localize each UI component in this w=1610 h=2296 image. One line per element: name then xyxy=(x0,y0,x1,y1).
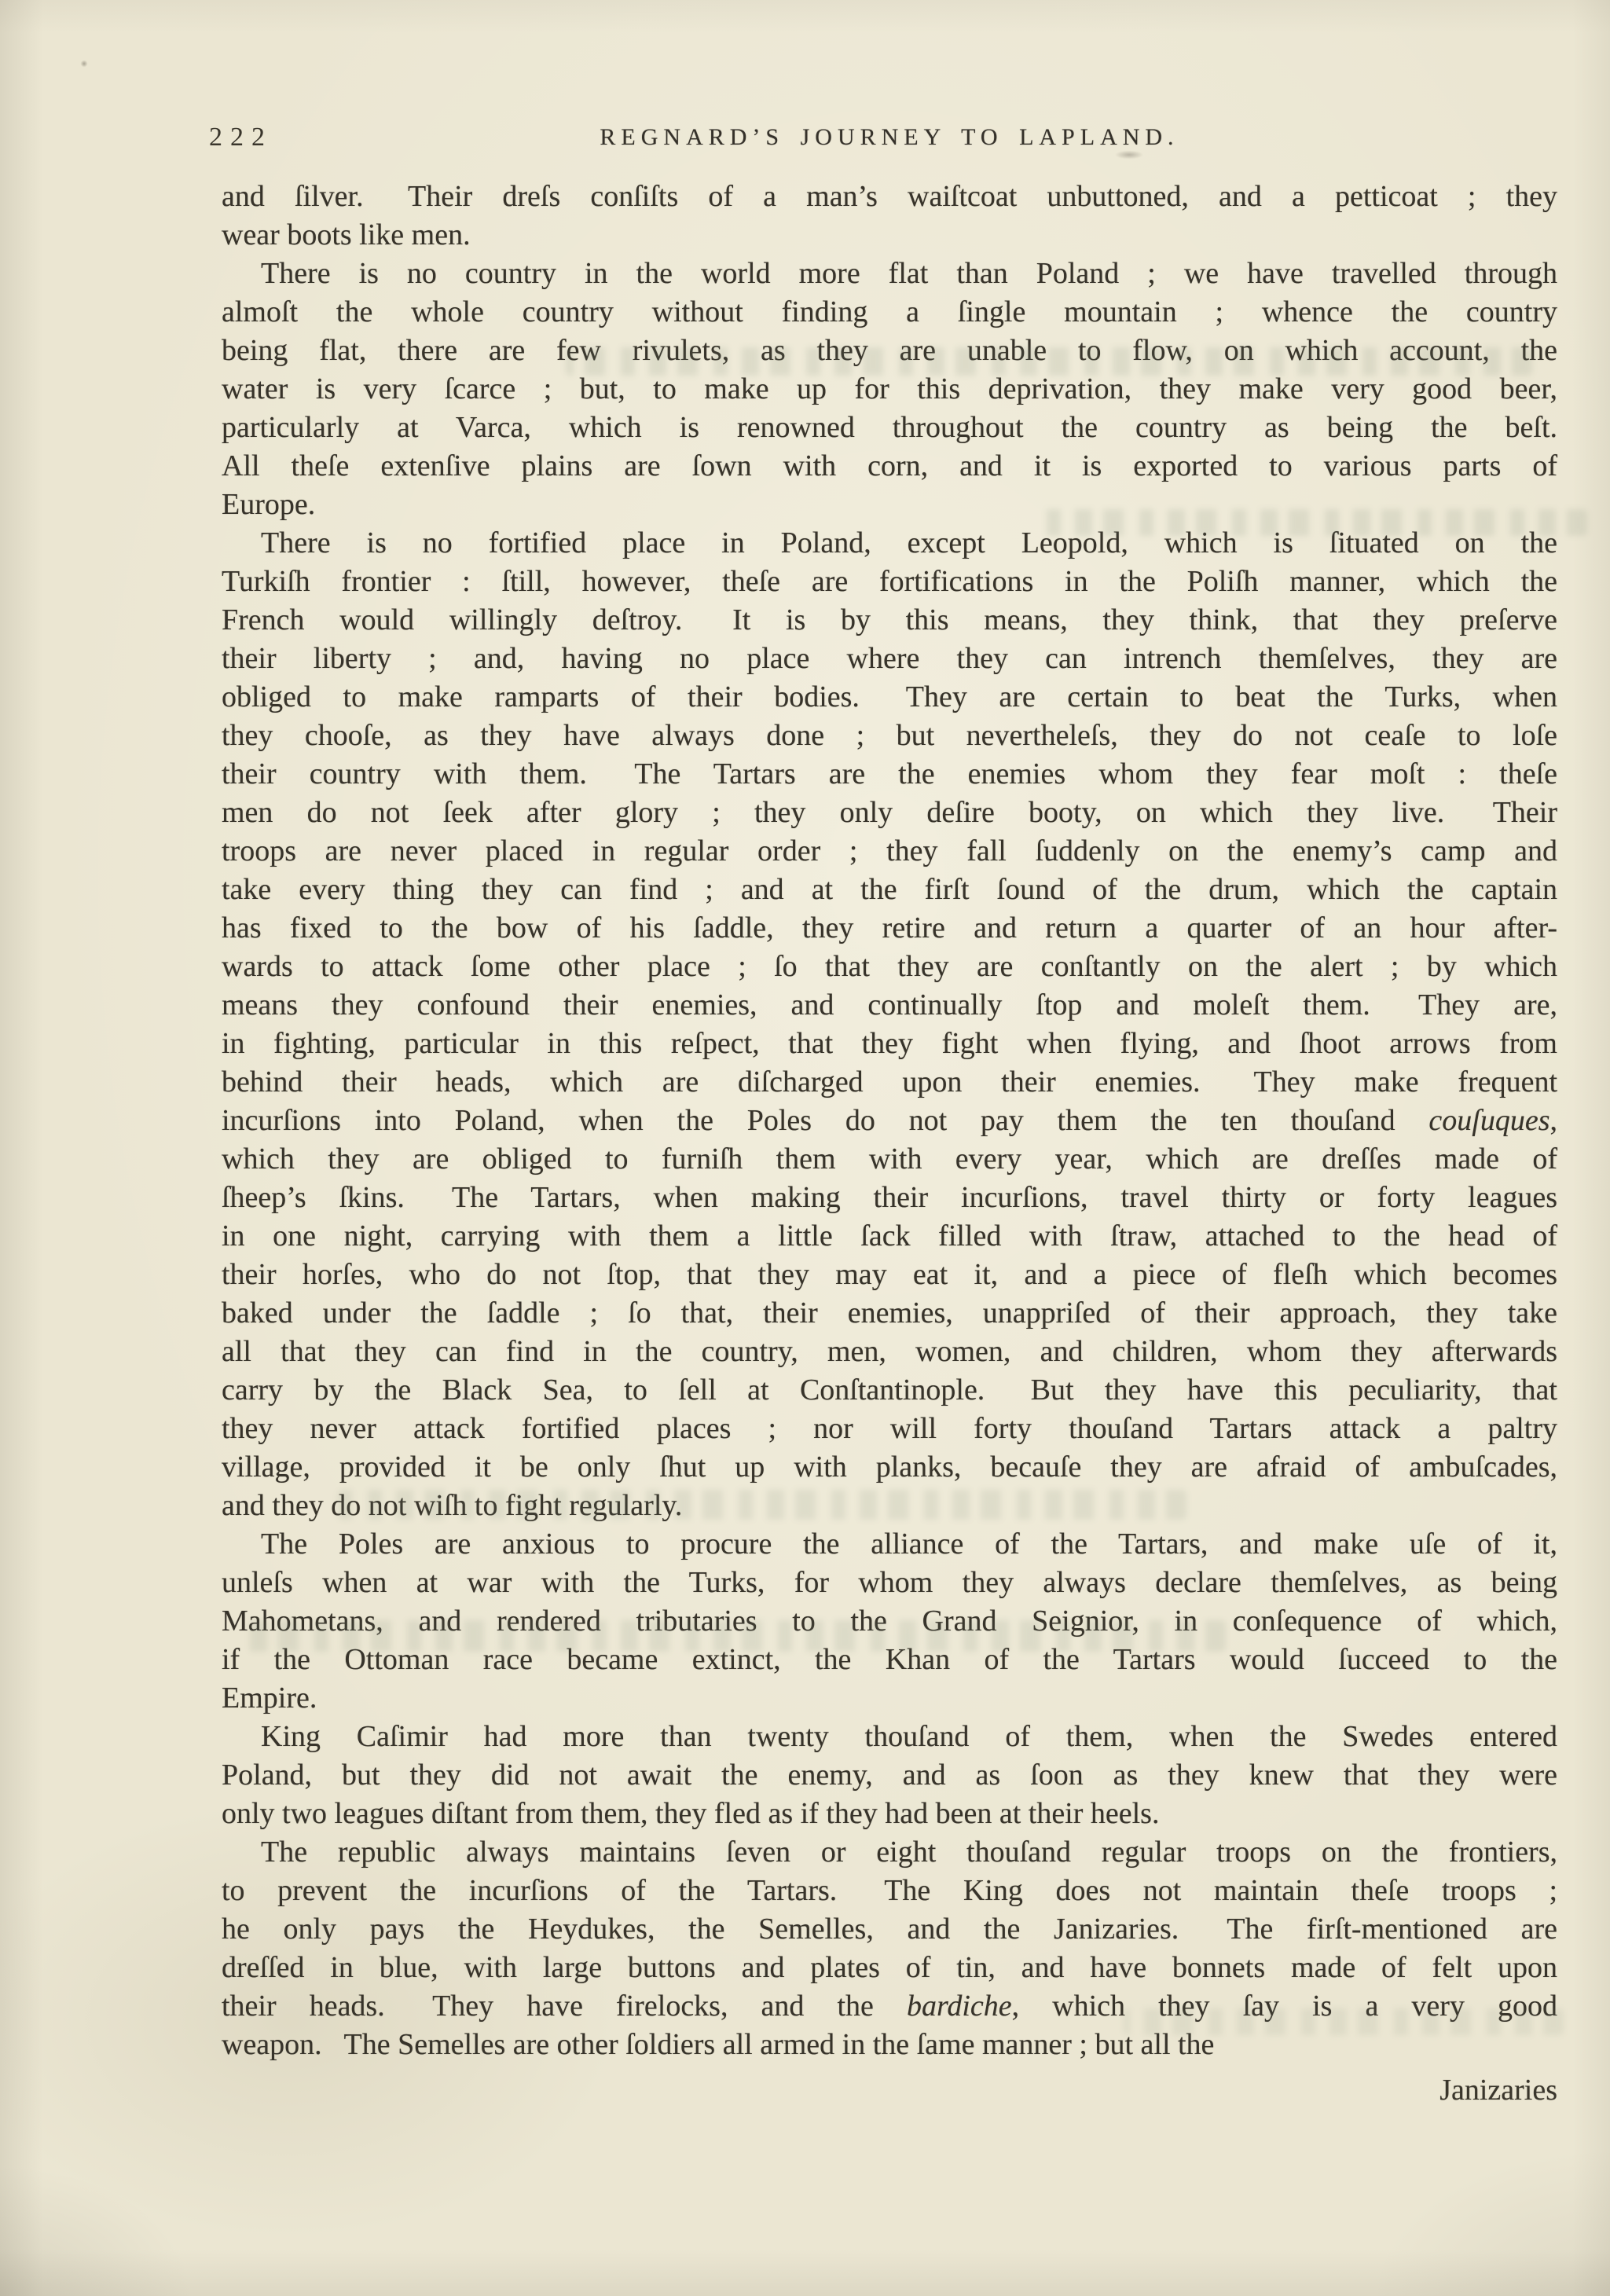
text-line: in one night, carrying with them a littl… xyxy=(222,1217,1557,1256)
text-line: French would willingly deſtroy. It is by… xyxy=(222,601,1557,640)
text-line: Europe. xyxy=(222,486,1557,524)
paragraph: The republic always maintains ſeven or e… xyxy=(222,1833,1557,2064)
text-line: particularly at Varca, which is renowned… xyxy=(222,409,1557,447)
paragraph: The Poles are anxious to procure the all… xyxy=(222,1525,1557,1718)
paragraph: King Caſimir had more than twenty thouſa… xyxy=(222,1718,1557,1833)
italic-word: bardiche xyxy=(907,1990,1012,2023)
text-line: King Caſimir had more than twenty thouſa… xyxy=(222,1718,1557,1756)
paragraph: There is no fortified place in Poland, e… xyxy=(222,524,1557,1525)
text-line: The Poles are anxious to procure the all… xyxy=(222,1525,1557,1564)
paragraph: and ſilver. Their dreſs conſiſts of a ma… xyxy=(222,178,1557,255)
text-line: troops are never placed in regular order… xyxy=(222,832,1557,871)
text-line: in fighting, particular in this reſpect,… xyxy=(222,1025,1557,1063)
text-line: Mahometans, and rendered tributaries to … xyxy=(222,1602,1557,1641)
text-line: obliged to make ramparts of their bodies… xyxy=(222,678,1557,717)
text-line: wear boots like men. xyxy=(222,216,1557,255)
text-line: means they confound their enemies, and c… xyxy=(222,986,1557,1025)
text-line: Turkiſh frontier : ſtill, however, theſe… xyxy=(222,563,1557,601)
text-line: The republic always maintains ſeven or e… xyxy=(222,1833,1557,1872)
text-line: and they do not wiſh to fight regularly. xyxy=(222,1487,1557,1525)
text-line: has fixed to the bow of his ſaddle, they… xyxy=(222,909,1557,948)
text-line: behind their heads, which are diſcharged… xyxy=(222,1063,1557,1102)
page-body: and ſilver. Their dreſs conſiſts of a ma… xyxy=(222,178,1557,2064)
text-line: their country with them. The Tartars are… xyxy=(222,755,1557,794)
text-line: baked under the ſaddle ; ſo that, their … xyxy=(222,1294,1557,1333)
text-line: he only pays the Heydukes, the Semelles,… xyxy=(222,1910,1557,1949)
text-line: carry by the Black Sea, to ſell at Conſt… xyxy=(222,1371,1557,1410)
text-line: and ſilver. Their dreſs conſiſts of a ma… xyxy=(222,178,1557,216)
text-line: There is no fortified place in Poland, e… xyxy=(222,524,1557,563)
text-line: village, provided it be only ſhut up wit… xyxy=(222,1448,1557,1487)
text-line: ſheep’s ſkins. The Tartars, when making … xyxy=(222,1179,1557,1217)
text-line: all that they can find in the country, m… xyxy=(222,1333,1557,1371)
text-line: Empire. xyxy=(222,1679,1557,1718)
text-line: which they are obliged to furniſh them w… xyxy=(222,1140,1557,1179)
italic-word: couſuques xyxy=(1428,1104,1549,1137)
catchword-row: Janizaries xyxy=(222,2071,1557,2110)
text-line: almoſt the whole country without finding… xyxy=(222,293,1557,332)
running-header: REGNARD’S JOURNEY TO LAPLAND. xyxy=(222,124,1557,151)
catchword: Janizaries xyxy=(1439,2074,1557,2107)
text-line: take every thing they can find ; and at … xyxy=(222,871,1557,909)
text-line: All theſe extenſive plains are ſown with… xyxy=(222,447,1557,486)
text-line: incurſions into Poland, when the Poles d… xyxy=(222,1102,1557,1140)
book-page: 222 REGNARD’S JOURNEY TO LAPLAND. and ſi… xyxy=(0,0,1610,2296)
text-line: men do not ſeek after glory ; they only … xyxy=(222,794,1557,832)
text-line: their heads. They have firelocks, and th… xyxy=(222,1987,1557,2026)
text-line: being flat, there are few rivulets, as t… xyxy=(222,332,1557,370)
text-line: they chooſe, as they have always done ; … xyxy=(222,717,1557,755)
text-line: unleſs when at war with the Turks, for w… xyxy=(222,1564,1557,1602)
text-line: dreſſed in blue, with large buttons and … xyxy=(222,1949,1557,1987)
text-line: There is no country in the world more fl… xyxy=(222,255,1557,293)
text-line: their liberty ; and, having no place whe… xyxy=(222,640,1557,678)
text-line: Poland, but they did not await the enemy… xyxy=(222,1756,1557,1795)
text-line: they never attack fortified places ; nor… xyxy=(222,1410,1557,1448)
text-line: to prevent the incurſions of the Tartars… xyxy=(222,1872,1557,1910)
text-line: if the Ottoman race became extinct, the … xyxy=(222,1641,1557,1679)
text-line: wards to attack ſome other place ; ſo th… xyxy=(222,948,1557,986)
paragraph: There is no country in the world more fl… xyxy=(222,255,1557,524)
text-line: weapon. The Semelles are other ſoldiers … xyxy=(222,2026,1557,2064)
text-line: water is very ſcarce ; but, to make up f… xyxy=(222,370,1557,409)
text-line: only two leagues diſtant from them, they… xyxy=(222,1795,1557,1833)
text-line: their horſes, who do not ſtop, that they… xyxy=(222,1256,1557,1294)
